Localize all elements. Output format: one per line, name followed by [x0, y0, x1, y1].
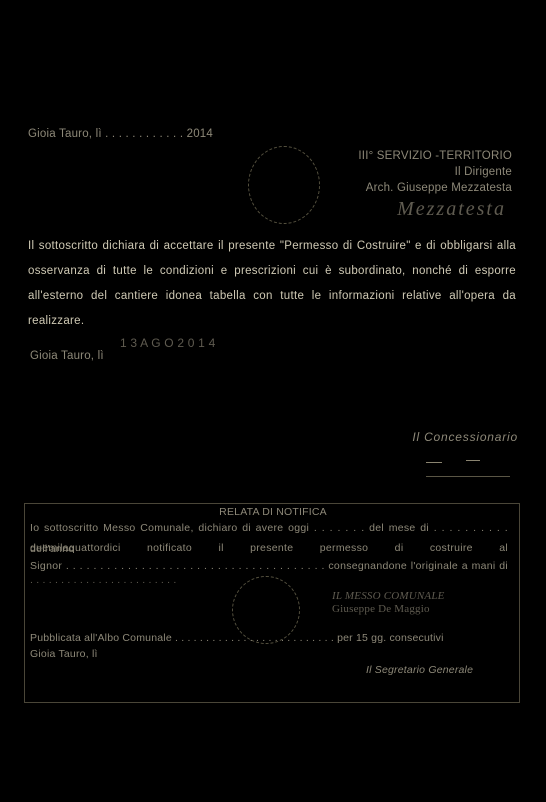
signature: Mezzatesta	[397, 198, 506, 221]
notification-line-4: . . . . . . . . . . . . . . . . . . . . …	[30, 574, 177, 586]
declaration-line-3: all'esterno del cantiere idonea tabella …	[28, 286, 516, 307]
received-date-stamp: 1 3 A G O 2 0 1 4	[120, 336, 215, 350]
place-date: Gioia Tauro, lì . . . . . . . . . . . . …	[28, 128, 213, 140]
secretary-title: Il Segretario Generale	[366, 664, 473, 676]
office-title: III° SERVIZIO -TERRITORIO	[358, 150, 512, 162]
messenger-name: Giuseppe De Maggio	[332, 603, 430, 615]
municipal-seal-stamp	[248, 146, 320, 224]
concessionaire-signature-line	[426, 476, 510, 477]
publication-line: Pubblicata all'Albo Comunale . . . . . .…	[30, 632, 444, 644]
messenger-title: IL MESSO COMUNALE	[332, 590, 445, 602]
declaration-line-1: Il sottoscritto dichiara di accettare il…	[28, 236, 516, 257]
concessionaire-signature-mark	[426, 462, 442, 463]
declaration-line-2: osservanza di tutte le condizioni e pres…	[28, 261, 516, 282]
declaration-line-4: realizzare.	[28, 311, 516, 332]
signatory-role: Il Dirigente	[455, 166, 512, 178]
concessionaire-signature-mark	[466, 460, 480, 461]
signatory-name: Arch. Giuseppe Mezzatesta	[366, 182, 512, 194]
publication-place: Gioia Tauro, lì	[30, 648, 98, 660]
concessionaire-title: Il Concessionario	[412, 430, 518, 444]
declaration-place: Gioia Tauro, lì	[30, 350, 104, 362]
notification-title: RELATA DI NOTIFICA	[0, 506, 546, 518]
